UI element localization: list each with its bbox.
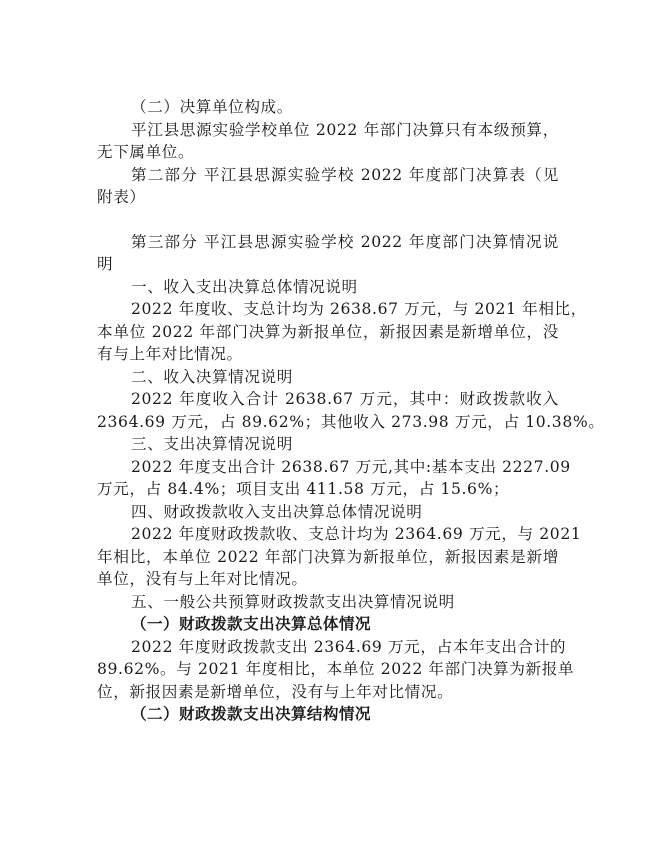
paragraph-line: 无下属单位。: [97, 141, 559, 163]
section-heading-4: 四、财政拨款收入支出决算总体情况说明: [131, 501, 559, 523]
part-three-heading: 第三部分 平江县思源实验学校 2022 年度部门决算情况说: [131, 231, 559, 253]
subsection-heading-overall: （一）财政拨款支出决算总体情况: [131, 613, 559, 635]
paragraph-line: 本单位 2022 年部门决算为新报单位，新报因素是新增单位，没: [97, 321, 559, 343]
paragraph-line: 万元，占 84.4%；项目支出 411.58 万元，占 15.6%；: [97, 478, 559, 500]
paragraph-line: 有与上年对比情况。: [97, 343, 559, 365]
subsection-heading-structure: （二）财政拨款支出决算结构情况: [131, 703, 559, 725]
paragraph-line: 2022 年度财政拨款收、支总计均为 2364.69 万元，与 2021: [131, 523, 559, 545]
section-heading-unit-composition: （二）决算单位构成。: [131, 96, 559, 118]
section-heading-1: 一、收入支出决算总体情况说明: [131, 276, 559, 298]
part-three-heading-cont: 明: [97, 253, 559, 275]
paragraph-line: 平江县思源实验学校单位 2022 年部门决算只有本级预算，: [131, 119, 559, 141]
section-heading-2: 二、收入决算情况说明: [131, 366, 559, 388]
paragraph-line: 2022 年度支出合计 2638.67 万元,其中:基本支出 2227.09: [131, 456, 559, 478]
paragraph-line: 89.62%。与 2021 年度相比，本单位 2022 年部门决算为新报单: [97, 658, 559, 680]
paragraph-line: 2022 年度财政拨款支出 2364.69 万元，占本年支出合计的: [131, 636, 559, 658]
paragraph-line: 年相比，本单位 2022 年部门决算为新报单位，新报因素是新增: [97, 546, 559, 568]
paragraph-line: 2022 年度收入合计 2638.67 万元，其中：财政拨款收入: [131, 388, 559, 410]
part-two-heading: 第二部分 平江县思源实验学校 2022 年度部门决算表（见: [131, 164, 559, 186]
section-heading-5: 五、一般公共预算财政拨款支出决算情况说明: [131, 591, 559, 613]
paragraph-line: 单位，没有与上年对比情况。: [97, 568, 559, 590]
section-heading-3: 三、支出决算情况说明: [131, 433, 559, 455]
paragraph-line: 2364.69 万元，占 89.62%；其他收入 273.98 万元，占 10.…: [97, 411, 559, 433]
paragraph-line: 位，新报因素是新增单位，没有与上年对比情况。: [97, 681, 559, 703]
paragraph-line: 2022 年度收、支总计均为 2638.67 万元，与 2021 年相比，: [131, 298, 559, 320]
document-page: （二）决算单位构成。 平江县思源实验学校单位 2022 年部门决算只有本级预算，…: [0, 0, 654, 847]
part-two-heading-cont: 附表）: [97, 186, 559, 208]
